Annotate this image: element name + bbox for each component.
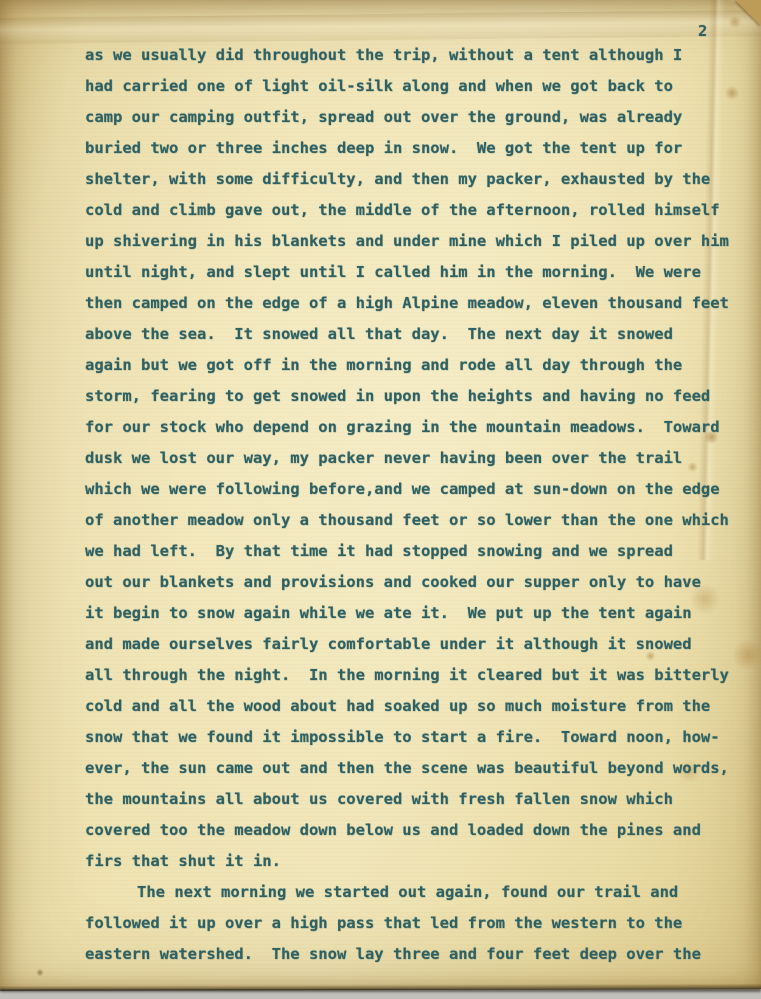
text-line: covered too the meadow down below us and… xyxy=(85,815,747,846)
paper-crease-horizontal xyxy=(0,10,761,44)
paper-torn-bottom-edge xyxy=(0,984,761,991)
text-line: shelter, with some difficulty, and then … xyxy=(85,164,747,195)
scanned-document: 2 as we usually did throughout the trip,… xyxy=(0,0,761,999)
text-line: for our stock who depend on grazing in t… xyxy=(85,412,747,443)
text-line: the mountains all about us covered with … xyxy=(85,784,747,815)
text-line: followed it up over a high pass that led… xyxy=(85,908,747,939)
text-line: dusk we lost our way, my packer never ha… xyxy=(85,443,747,474)
page-text: as we usually did throughout the trip, w… xyxy=(85,40,747,970)
text-line: all through the night. In the morning it… xyxy=(85,660,747,691)
text-line: then camped on the edge of a high Alpine… xyxy=(85,288,747,319)
text-line: of another meadow only a thousand feet o… xyxy=(85,505,747,536)
text-line: cold and all the wood about had soaked u… xyxy=(85,691,747,722)
text-line: snow that we found it impossible to star… xyxy=(85,722,747,753)
text-line: camp our camping outfit, spread out over… xyxy=(85,102,747,133)
text-line: it begin to snow again while we ate it. … xyxy=(85,598,747,629)
text-line: which we were following before,and we ca… xyxy=(85,474,747,505)
text-line: as we usually did throughout the trip, w… xyxy=(85,40,747,71)
text-line: cold and climb gave out, the middle of t… xyxy=(85,195,747,226)
text-line: buried two or three inches deep in snow.… xyxy=(85,133,747,164)
corner-fold xyxy=(735,0,761,26)
text-line: and made ourselves fairly comfortable un… xyxy=(85,629,747,660)
text-line: The next morning we started out again, f… xyxy=(85,877,747,908)
text-line: firs that shut it in. xyxy=(85,846,747,877)
text-line: had carried one of light oil-silk along … xyxy=(85,71,747,102)
text-line: storm, fearing to get snowed in upon the… xyxy=(85,381,747,412)
text-line: again but we got off in the morning and … xyxy=(85,350,747,381)
text-line: out our blankets and provisions and cook… xyxy=(85,567,747,598)
typewritten-page: 2 as we usually did throughout the trip,… xyxy=(0,0,761,989)
text-line: until night, and slept until I called hi… xyxy=(85,257,747,288)
stain xyxy=(36,969,44,976)
text-line: up shivering in his blankets and under m… xyxy=(85,226,747,257)
text-line: above the sea. It snowed all that day. T… xyxy=(85,319,747,350)
text-line: we had left. By that time it had stopped… xyxy=(85,536,747,567)
text-line: ever, the sun came out and then the scen… xyxy=(85,753,747,784)
page-number: 2 xyxy=(698,22,707,40)
text-line: eastern watershed. The snow lay three an… xyxy=(85,939,747,970)
